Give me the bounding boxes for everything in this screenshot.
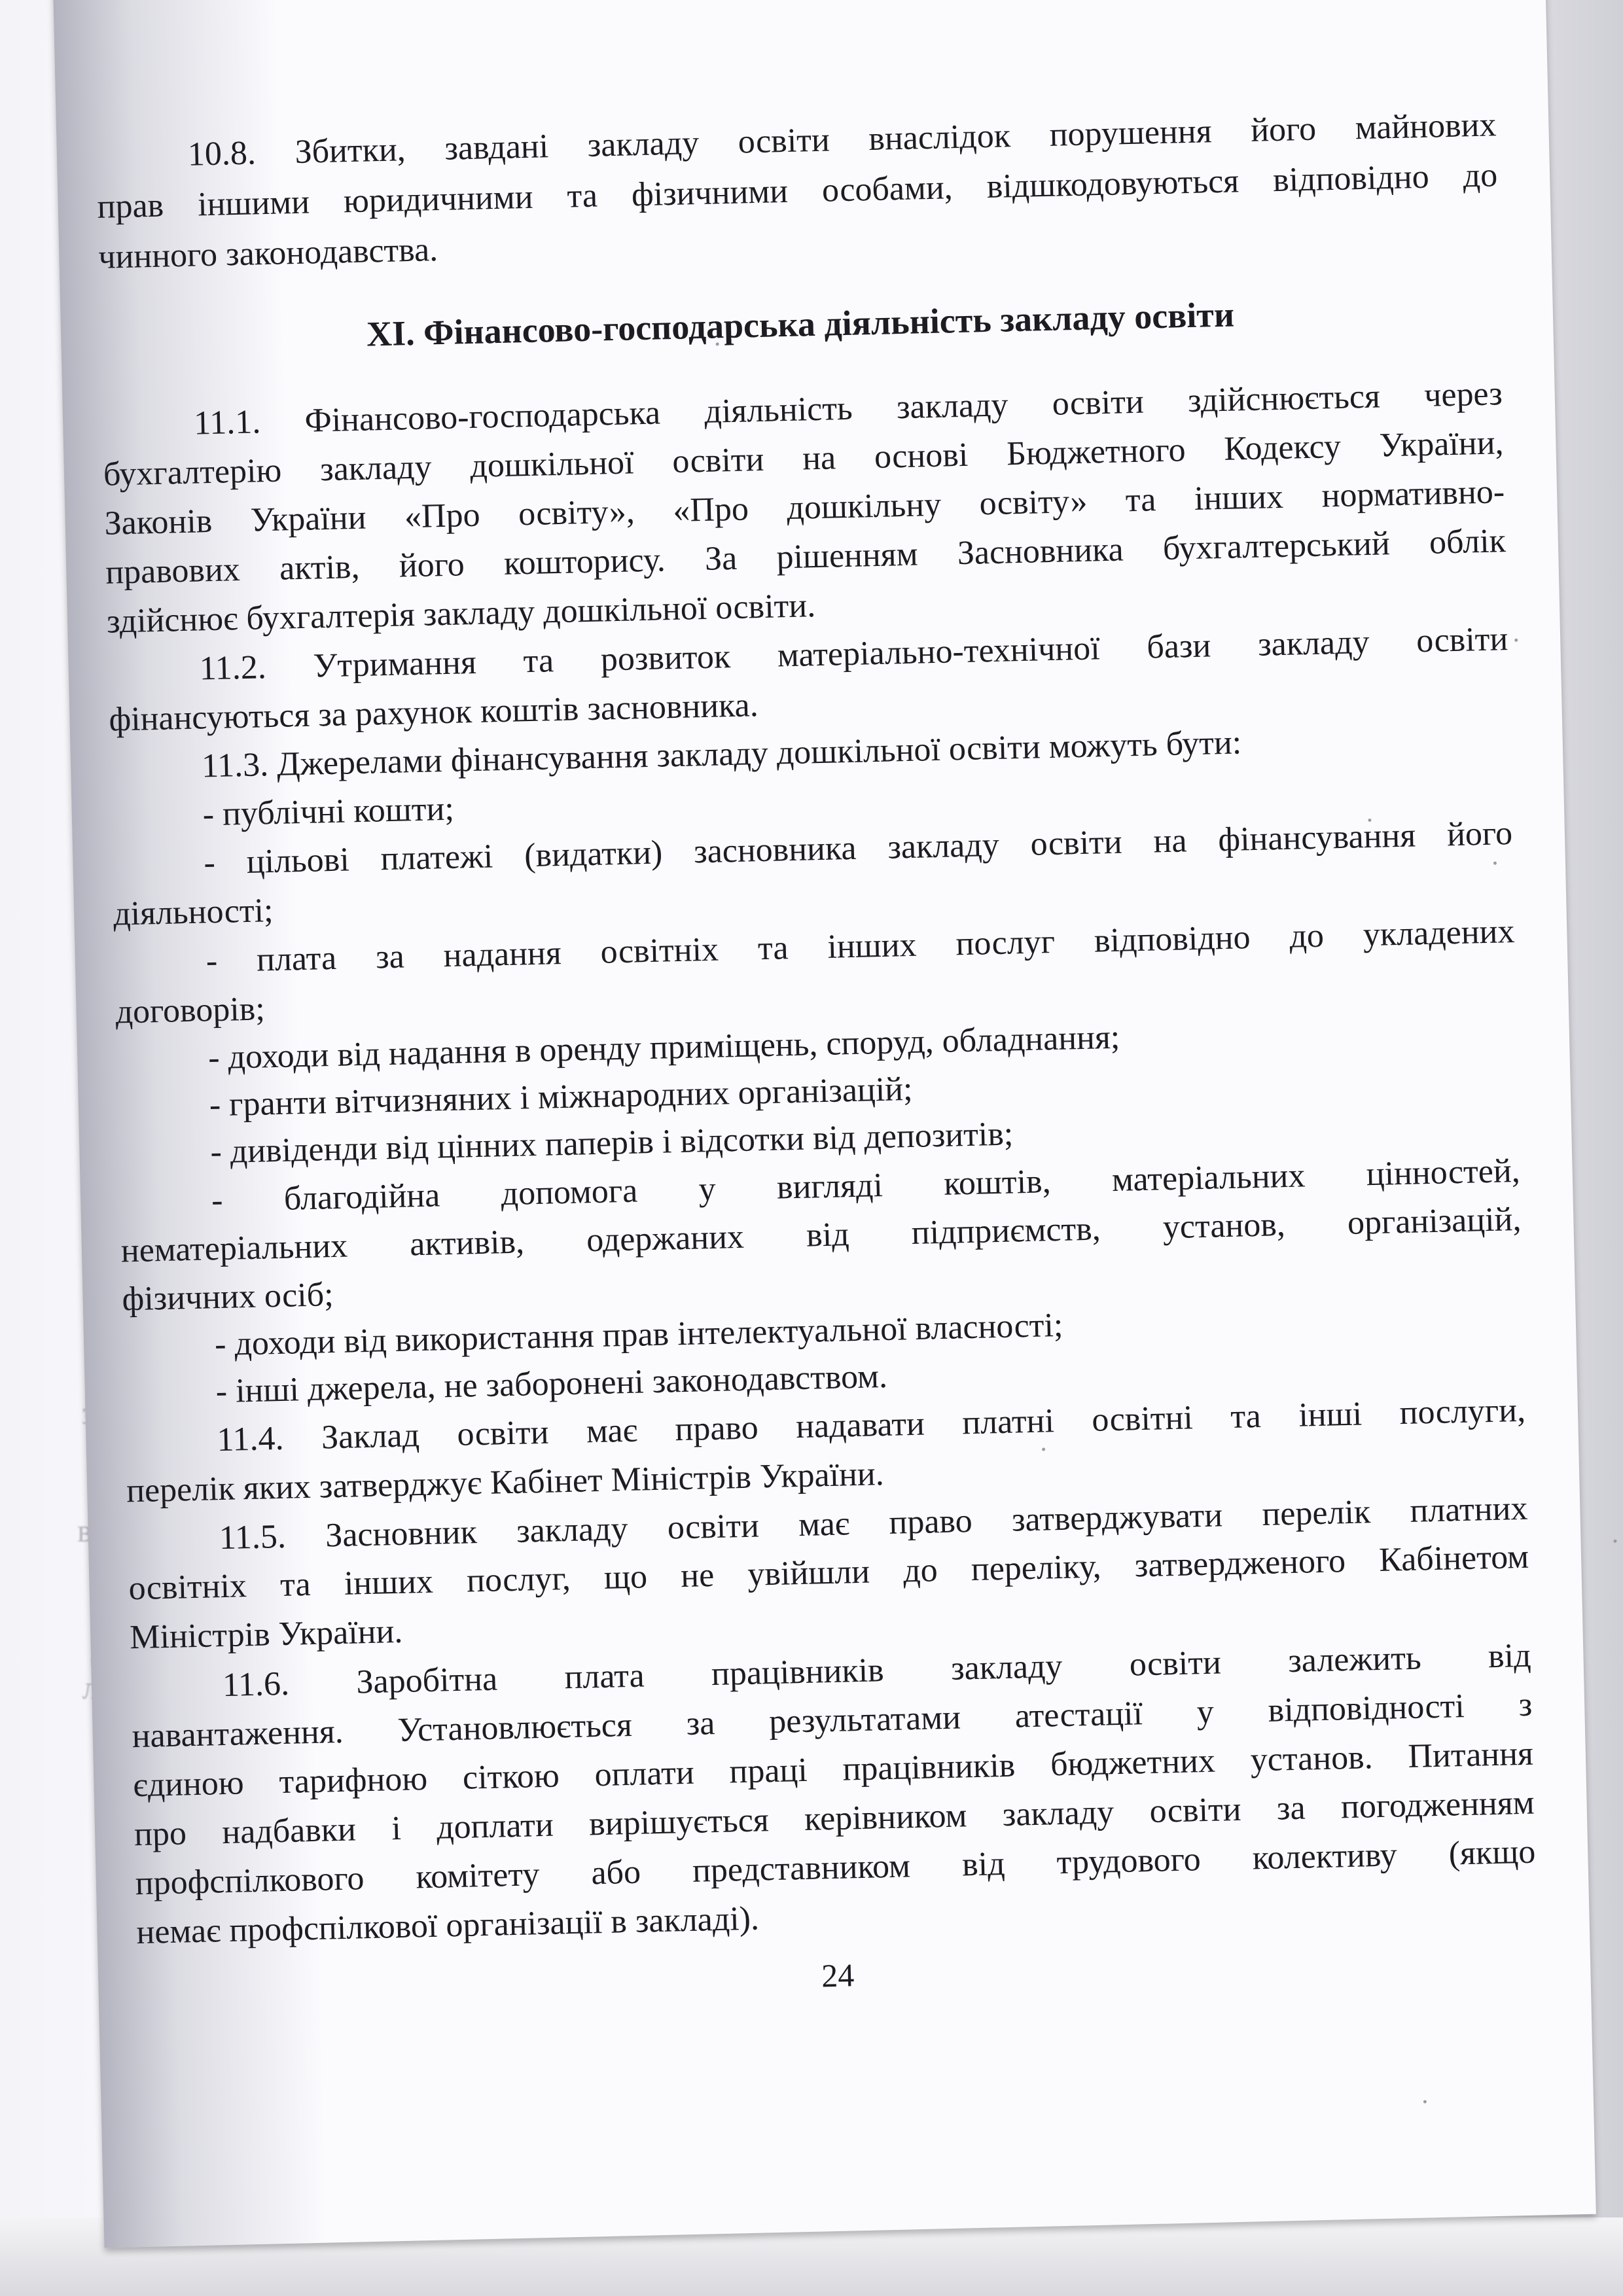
section-heading: ХІ. Фінансово-господарська діяльність за… xyxy=(100,289,1501,360)
document-page: 10.8. Збитки, завдані закладу освіти вна… xyxy=(53,0,1596,2248)
page-number: 24 xyxy=(137,1941,1539,2011)
